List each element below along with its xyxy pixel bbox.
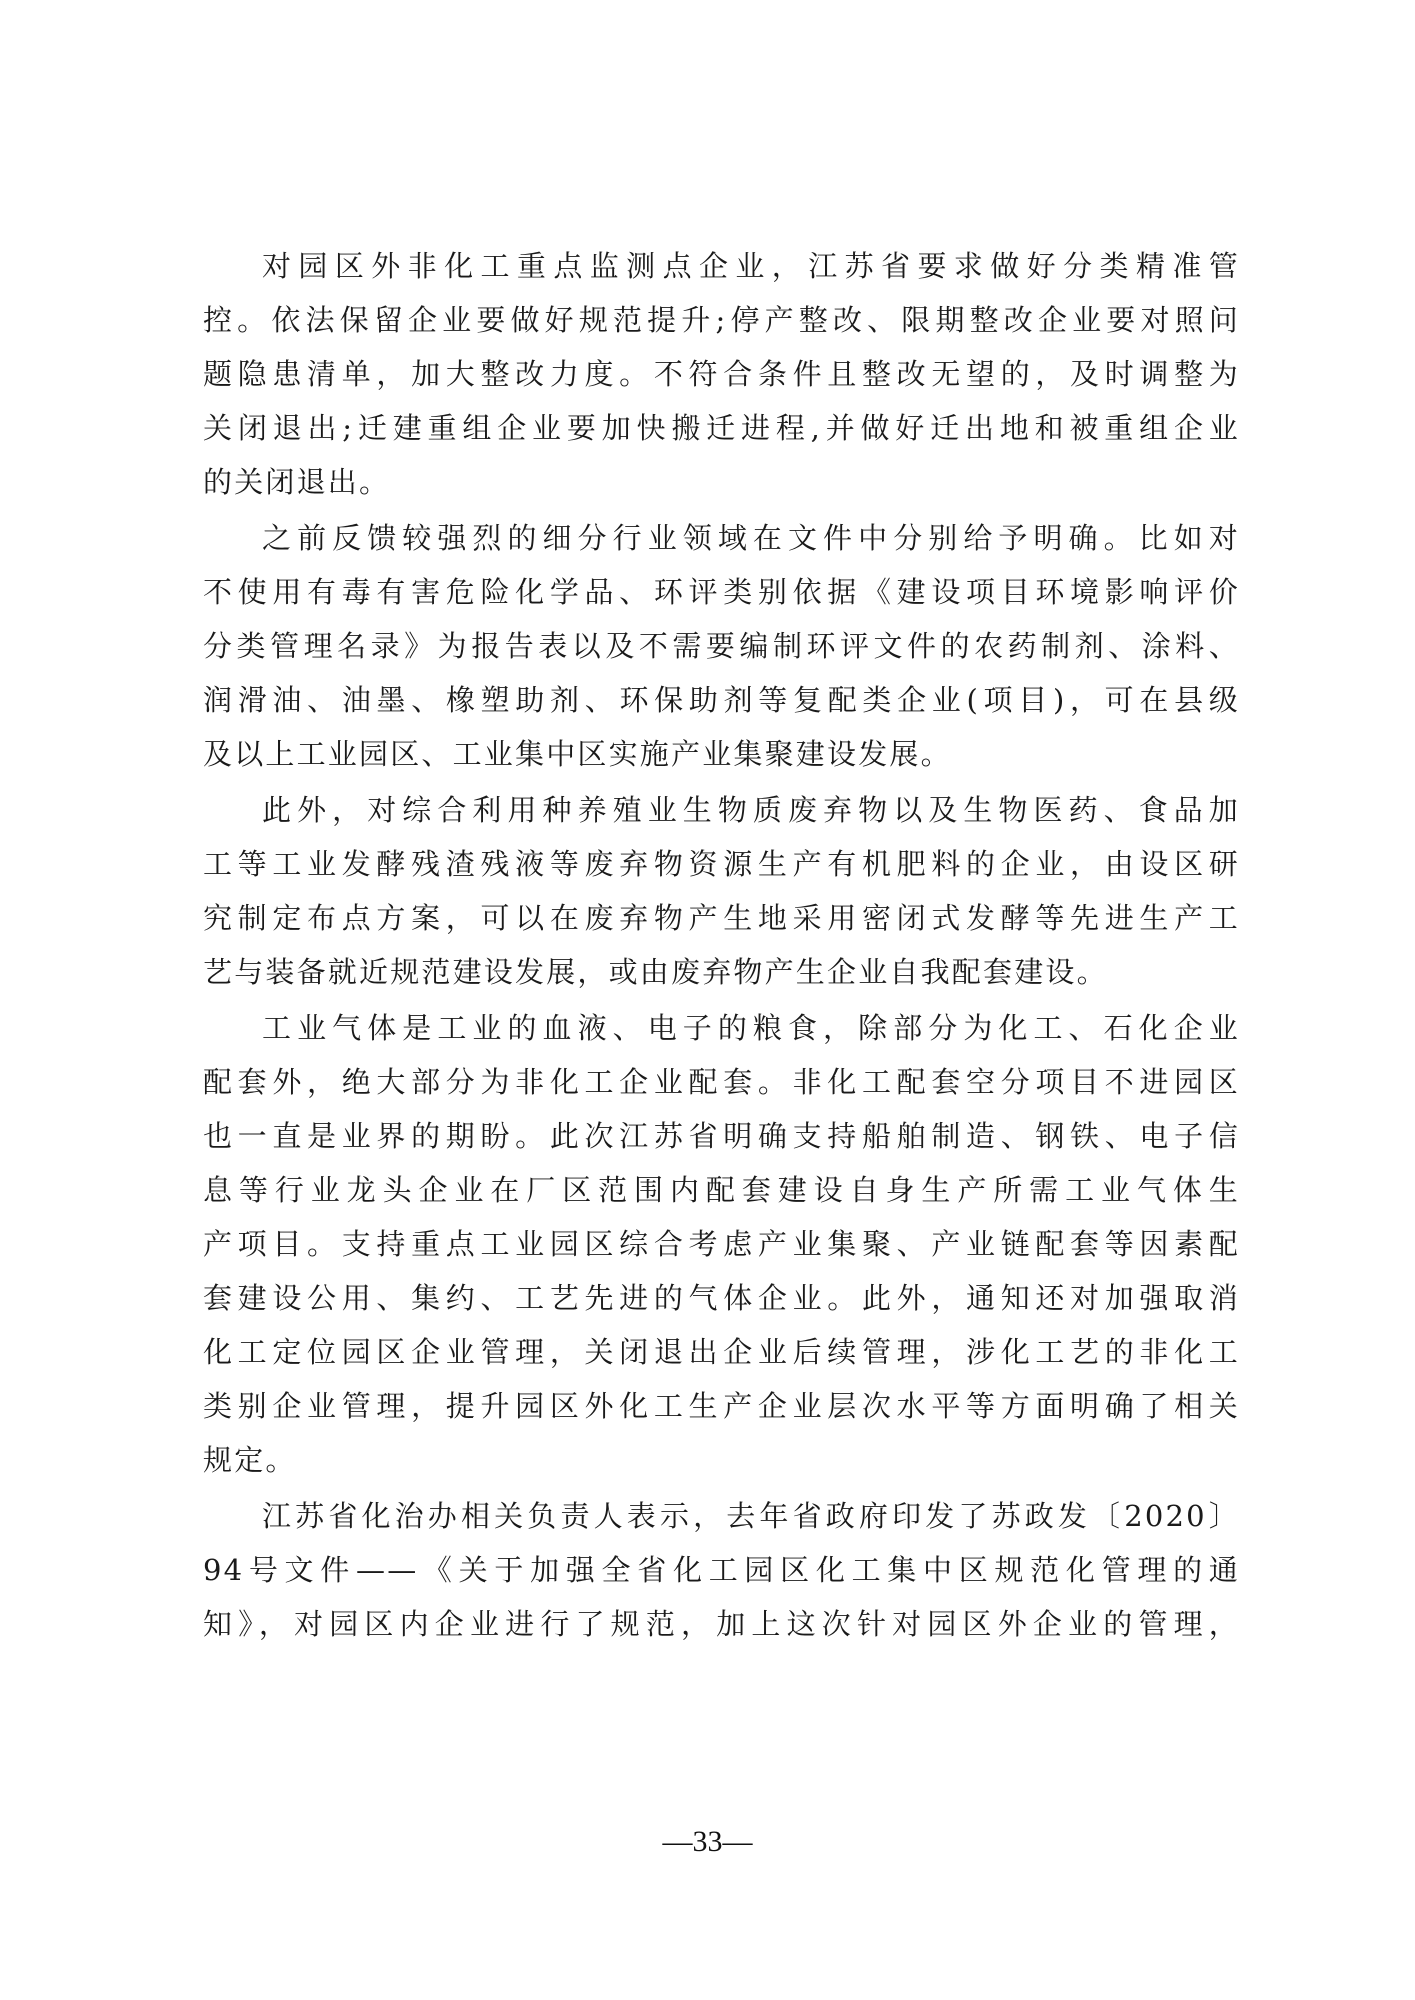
paragraph-2-line-2: 不使用有毒有害危险化学品、环评类别依据《建设项目环境影响评价 [203, 572, 1240, 612]
paragraph-4-line-8: 类别企业管理，提升园区外化工生产企业层次水平等方面明确了相关 [203, 1386, 1240, 1426]
paragraph-4-line-4: 息等行业龙头企业在厂区范围内配套建设自身生产所需工业气体生 [203, 1170, 1240, 1210]
paragraph-2-line-1: 之前反馈较强烈的细分行业领域在文件中分别给予明确。比如对 [262, 518, 1240, 558]
paragraph-4-line-3: 也一直是业界的期盼。此次江苏省明确支持船舶制造、钢铁、电子信 [203, 1116, 1240, 1156]
paragraph-1-line-5: 的关闭退出。 [203, 462, 1240, 502]
document-page: 对园区外非化工重点监测点企业，江苏省要求做好分类精准管 控。依法保留企业要做好规… [0, 0, 1415, 2000]
paragraph-5-line-2: 94号文件——《关于加强全省化工园区化工集中区规范化管理的通 [203, 1550, 1240, 1590]
paragraph-4-line-2: 配套外，绝大部分为非化工企业配套。非化工配套空分项目不进园区 [203, 1062, 1240, 1102]
paragraph-3-line-4: 艺与装备就近规范建设发展，或由废弃物产生企业自我配套建设。 [203, 952, 1240, 992]
paragraph-4-line-9: 规定。 [203, 1440, 1240, 1480]
paragraph-4-line-6: 套建设公用、集约、工艺先进的气体企业。此外，通知还对加强取消 [203, 1278, 1240, 1318]
paragraph-1-line-4: 关闭退出;迁建重组企业要加快搬迁进程,并做好迁出地和被重组企业 [203, 408, 1240, 448]
paragraph-1-line-2: 控。依法保留企业要做好规范提升;停产整改、限期整改企业要对照问 [203, 300, 1240, 340]
paragraph-5-line-3: 知》，对园区内企业进行了规范，加上这次针对园区外企业的管理， [203, 1604, 1240, 1644]
paragraph-3-line-2: 工等工业发酵残渣残液等废弃物资源生产有机肥料的企业，由设区研 [203, 844, 1240, 884]
paragraph-3-line-3: 究制定布点方案，可以在废弃物产生地采用密闭式发酵等先进生产工 [203, 898, 1240, 938]
page-number: —33— [0, 1825, 1415, 1859]
paragraph-2-line-3: 分类管理名录》为报告表以及不需要编制环评文件的农药制剂、涂料、 [203, 626, 1240, 666]
paragraph-2-line-5: 及以上工业园区、工业集中区实施产业集聚建设发展。 [203, 734, 1240, 774]
paragraph-4-line-5: 产项目。支持重点工业园区综合考虑产业集聚、产业链配套等因素配 [203, 1224, 1240, 1264]
paragraph-2-line-4: 润滑油、油墨、橡塑助剂、环保助剂等复配类企业(项目)，可在县级 [203, 680, 1240, 720]
paragraph-1-line-3: 题隐患清单，加大整改力度。不符合条件且整改无望的，及时调整为 [203, 354, 1240, 394]
paragraph-5-line-1: 江苏省化治办相关负责人表示，去年省政府印发了苏政发〔2020〕 [262, 1496, 1240, 1536]
paragraph-4-line-7: 化工定位园区企业管理，关闭退出企业后续管理，涉化工艺的非化工 [203, 1332, 1240, 1372]
paragraph-4-line-1: 工业气体是工业的血液、电子的粮食，除部分为化工、石化企业 [262, 1008, 1240, 1048]
paragraph-3-line-1: 此外，对综合利用种养殖业生物质废弃物以及生物医药、食品加 [262, 790, 1240, 830]
paragraph-1-line-1: 对园区外非化工重点监测点企业，江苏省要求做好分类精准管 [262, 246, 1240, 286]
